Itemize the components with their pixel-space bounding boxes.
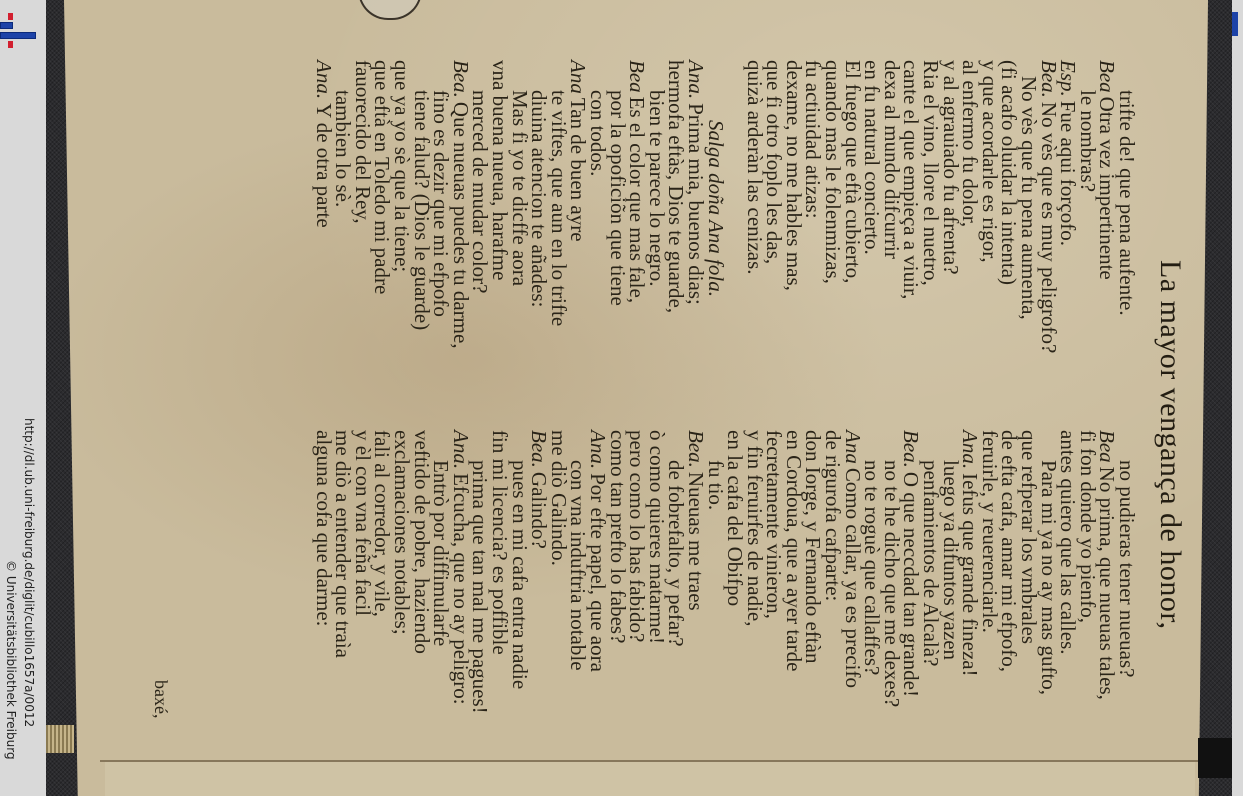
library-logo-icon: [0, 8, 40, 52]
speaker-label: Bea: [625, 60, 649, 93]
text-column-right: no pudieras tener nueuas?BeaNo prima, qu…: [313, 430, 1136, 780]
page-title: La mayor vengança de honor,: [1160, 260, 1180, 630]
text-column-left: trifte de! que pena aufente.BeaOtra vez …: [313, 60, 1136, 410]
speaker-label: Ana: [566, 60, 590, 94]
verse-text: en la cafa del Obifpo: [723, 430, 747, 606]
page-text: La mayor vengança de honor, trifte de! q…: [130, 60, 1180, 780]
speaker-label: Bea: [1095, 60, 1119, 93]
copyright-notice: © Universitätsbibliothek Freiburg: [4, 560, 18, 760]
verse-text: alguna cofa que darme:: [312, 430, 336, 627]
page-corner-tab: [1198, 738, 1232, 778]
verse-text: Y de otra parte: [312, 103, 336, 228]
speaker-label: Ana.: [312, 60, 336, 99]
viewer-left-margin: http://dl.ub.uni-freiburg.de/diglit/cubi…: [0, 0, 46, 796]
verse-line: alguna cofa que darme:: [313, 430, 333, 780]
bookmark-ribbon: [46, 725, 74, 753]
verse-text: quizà arderàn las cenizas.: [743, 60, 767, 275]
library-logo-icon-right: [1232, 12, 1238, 36]
verse-line: quizà arderàn las cenizas.: [744, 60, 764, 410]
digitization-url: http://dl.ub.uni-freiburg.de/diglit/cubi…: [22, 418, 36, 727]
catchword: baxé,: [150, 680, 170, 718]
verse-line: Ana.Y de otra parte: [313, 60, 333, 410]
viewer-right-margin: [1232, 0, 1243, 796]
